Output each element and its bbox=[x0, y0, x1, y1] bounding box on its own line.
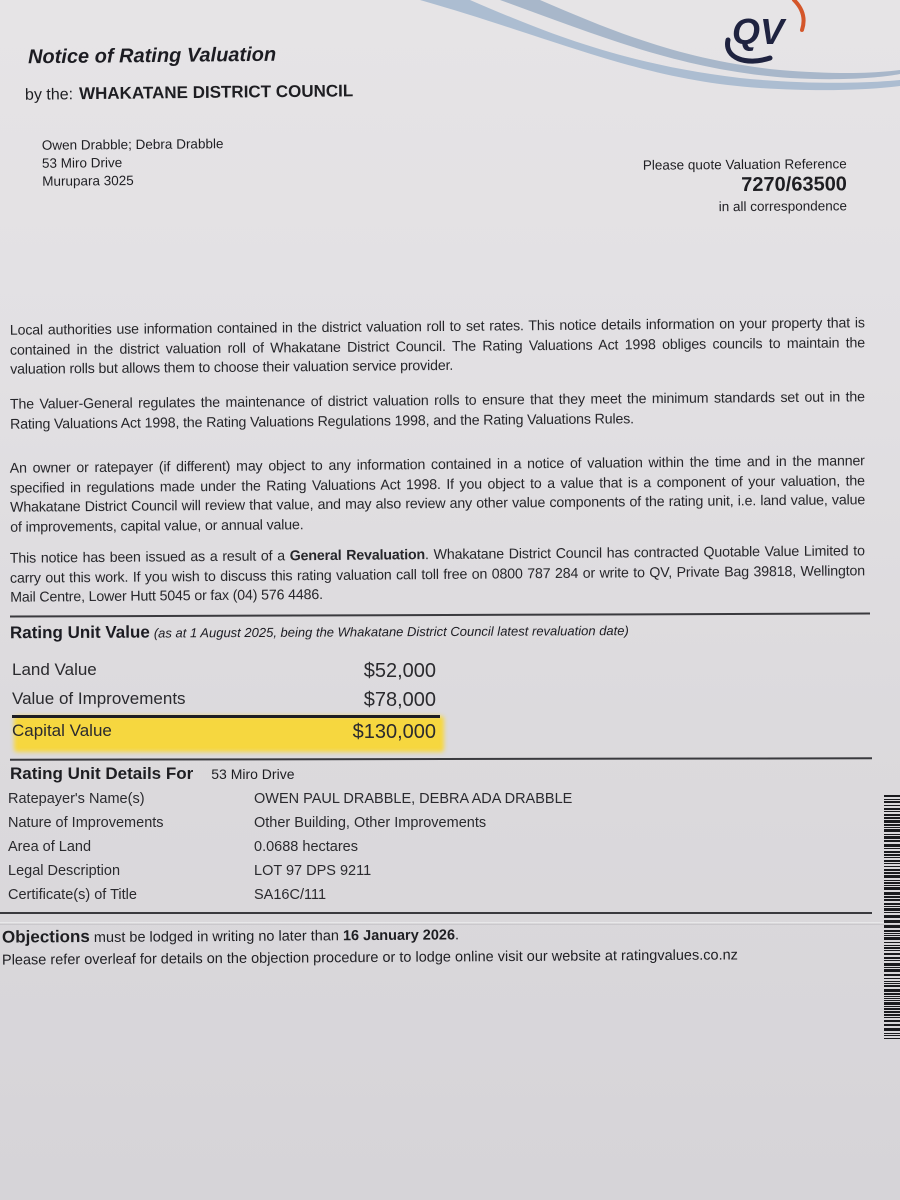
paragraph-revaluation: This notice has been issued as a result … bbox=[10, 542, 865, 608]
divider bbox=[10, 612, 870, 617]
objections-deadline: Objections must be lodged in writing no … bbox=[2, 924, 459, 947]
svg-text:QV: QV bbox=[732, 11, 787, 52]
detail-row-title: Certificate(s) of Title SA16C/111 bbox=[8, 887, 326, 903]
detail-row-improvements: Nature of Improvements Other Building, O… bbox=[8, 815, 486, 831]
value-row-land: Land Value $52,000 bbox=[12, 660, 436, 683]
divider bbox=[10, 757, 872, 761]
detail-row-legal: Legal Description LOT 97 DPS 9211 bbox=[8, 863, 371, 879]
recipient-names: Owen Drabble; Debra Drabble bbox=[42, 135, 224, 155]
council-name: WHAKATANE DISTRICT COUNCIL bbox=[79, 81, 353, 103]
capital-value-amount: $130,000 bbox=[353, 721, 436, 744]
objections-instructions: Please refer overleaf for details on the… bbox=[2, 947, 738, 968]
issuer-line: by the:WHAKATANE DISTRICT COUNCIL bbox=[25, 81, 353, 104]
qv-logo-icon: QV bbox=[710, 0, 820, 70]
rating-unit-value-heading: Rating Unit Value(as at 1 August 2025, b… bbox=[10, 619, 870, 644]
barcode-icon bbox=[884, 795, 900, 1040]
subtotal-divider bbox=[12, 715, 440, 718]
by-label: by the: bbox=[25, 86, 73, 104]
recipient-town: Murupara 3025 bbox=[42, 171, 224, 191]
reference-label: Please quote Valuation Reference bbox=[643, 156, 847, 172]
recipient-street: 53 Miro Drive bbox=[42, 153, 224, 173]
divider bbox=[0, 912, 872, 914]
reference-number: 7270/63500 bbox=[643, 173, 847, 197]
detail-row-ratepayers: Ratepayer's Name(s) OWEN PAUL DRABBLE, D… bbox=[8, 791, 572, 807]
improvements-value-amount: $78,000 bbox=[364, 689, 436, 712]
value-row-improvements: Value of Improvements $78,000 bbox=[12, 689, 436, 712]
reference-suffix: in all correspondence bbox=[643, 198, 847, 214]
general-revaluation-emphasis: General Revaluation bbox=[290, 547, 425, 564]
detail-row-area: Area of Land 0.0688 hectares bbox=[8, 839, 358, 855]
valuation-reference: Please quote Valuation Reference 7270/63… bbox=[643, 156, 847, 214]
objection-date: 16 January 2026 bbox=[343, 927, 455, 944]
recipient-address: Owen Drabble; Debra Drabble 53 Miro Driv… bbox=[42, 135, 224, 191]
valuation-notice-page: QV Notice of Rating Valuation by the:WHA… bbox=[0, 0, 900, 1200]
revaluation-date-note: (as at 1 August 2025, being the Whakatan… bbox=[154, 623, 629, 640]
document-title: Notice of Rating Valuation bbox=[28, 44, 276, 70]
paragraph-objection-rights: An owner or ratepayer (if different) may… bbox=[10, 452, 866, 537]
land-value-amount: $52,000 bbox=[364, 660, 436, 683]
rating-unit-details-heading: Rating Unit Details For53 Miro Drive bbox=[10, 764, 294, 784]
paragraph-valuer-general: The Valuer-General regulates the mainten… bbox=[10, 388, 865, 434]
paragraph-local-authorities: Local authorities use information contai… bbox=[10, 314, 865, 380]
details-address: 53 Miro Drive bbox=[211, 766, 294, 782]
value-row-capital: Capital Value $130,000 bbox=[12, 721, 436, 744]
